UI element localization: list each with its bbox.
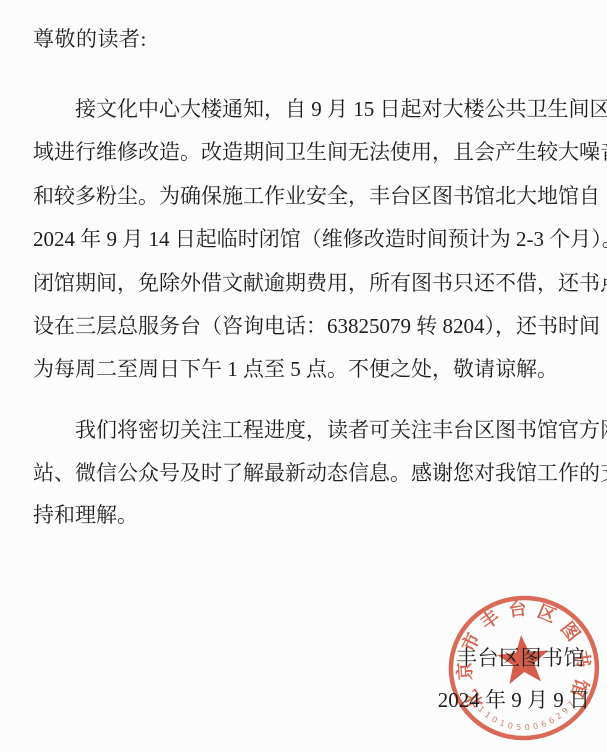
doc-line: 2024 年 9 月 14 日起临时闭馆（维修改造时间预计为 2-3 个月）。 [33, 218, 579, 261]
doc-line: 持和理解。 [33, 494, 579, 537]
paragraph-closing: 我们将密切关注工程进度，读者可关注丰台区图书馆官方网站、微信公众号及时了解最新动… [33, 409, 579, 537]
signature-organization: 丰台区图书馆 [456, 646, 585, 671]
paragraph-notice-body: 接文化中心大楼通知，自 9 月 15 日起对大楼公共卫生间区域进行维修改造。改造… [33, 88, 579, 392]
doc-line: 接文化中心大楼通知，自 9 月 15 日起对大楼公共卫生间区 [33, 88, 579, 131]
doc-line: 为每周二至周日下午 1 点至 5 点。不便之处，敬请谅解。 [33, 348, 579, 391]
doc-line: 我们将密切关注工程进度，读者可关注丰台区图书馆官方网 [33, 409, 579, 452]
document-page: 尊敬的读者: 接文化中心大楼通知，自 9 月 15 日起对大楼公共卫生间区域进行… [0, 0, 607, 752]
document-date: 2024 年 9 月 9 日 [438, 688, 590, 713]
doc-line: 闭馆期间，免除外借文献逾期费用，所有图书只还不借，还书点 [33, 262, 579, 305]
doc-line: 和较多粉尘。为确保施工作业安全，丰台区图书馆北大地馆自 [33, 175, 579, 218]
doc-line: 站、微信公众号及时了解最新动态信息。感谢您对我馆工作的支 [33, 452, 579, 495]
doc-line: 域进行维修改造。改造期间卫生间无法使用，且会产生较大噪音 [33, 131, 579, 174]
doc-line: 设在三层总服务台（咨询电话：63825079 转 8204），还书时间 [33, 305, 579, 348]
salutation: 尊敬的读者: [33, 27, 147, 52]
